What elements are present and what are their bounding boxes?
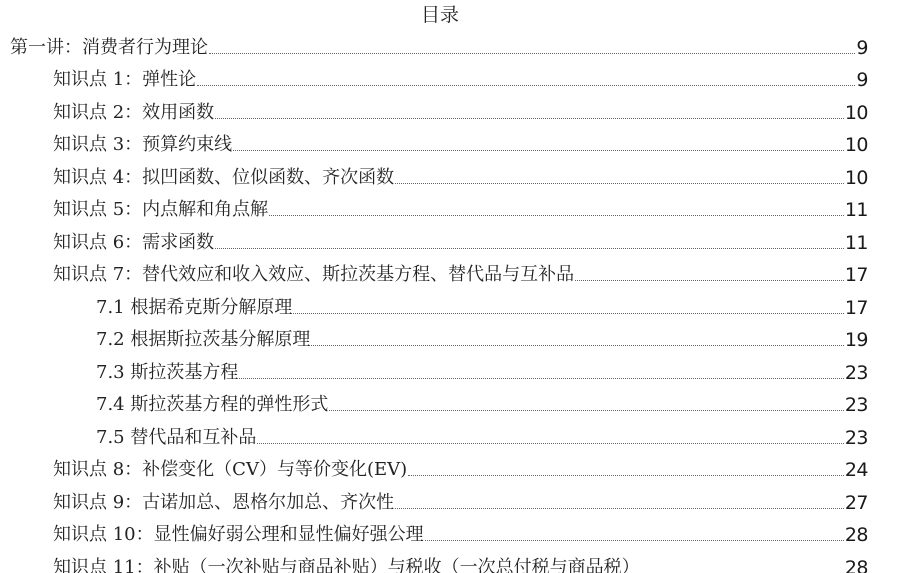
- dot-leader: [209, 53, 855, 54]
- toc-entry[interactable]: 知识点 11：补贴（一次补贴与商品补贴）与税收（一次总付税与商品税） 28: [53, 550, 868, 573]
- toc-entry-label: 7.3 斯拉茨基方程: [96, 361, 238, 385]
- toc-entry-label: 7.4 斯拉茨基方程的弹性形式: [96, 393, 328, 417]
- toc-entry-label: 知识点 8：补偿变化（CV）与等价变化(EV): [53, 458, 407, 482]
- toc-entry-page: 10: [845, 101, 868, 125]
- toc-entry-label: 知识点 1：弹性论: [53, 68, 196, 92]
- toc-entry[interactable]: 知识点 8：补偿变化（CV）与等价变化(EV) 24: [53, 452, 868, 482]
- toc-entry-label: 知识点 6：需求函数: [53, 231, 214, 255]
- toc-subentry[interactable]: 7.4 斯拉茨基方程的弹性形式 23: [96, 387, 868, 417]
- toc-entry[interactable]: 知识点 4：拟凹函数、位似函数、齐次函数 10: [53, 160, 868, 190]
- toc-entry[interactable]: 知识点 9：古诺加总、恩格尔加总、齐次性 27: [53, 485, 868, 515]
- toc-subentry[interactable]: 7.1 根据希克斯分解原理 17: [96, 290, 868, 320]
- dot-leader: [425, 540, 844, 541]
- toc-entry[interactable]: 知识点 7：替代效应和收入效应、斯拉茨基方程、替代品与互补品 17: [53, 257, 868, 287]
- toc-entry-page: 23: [845, 393, 868, 417]
- toc-entry-label: 7.5 替代品和互补品: [96, 426, 256, 450]
- toc-subentry[interactable]: 7.5 替代品和互补品 23: [96, 420, 868, 450]
- toc-entry-page: 24: [845, 458, 868, 482]
- toc-entry-label: 知识点 2：效用函数: [53, 101, 214, 125]
- toc-entry-label: 7.2 根据斯拉茨基分解原理: [96, 328, 310, 352]
- toc-entry-label: 知识点 3：预算约束线: [53, 133, 232, 157]
- toc-entry[interactable]: 知识点 1：弹性论 9: [53, 62, 868, 92]
- toc-entry-page: 28: [845, 523, 868, 547]
- toc-entry-page: 9: [856, 36, 868, 60]
- toc-entry-label: 7.1 根据希克斯分解原理: [96, 296, 292, 320]
- dot-leader: [233, 150, 844, 151]
- toc-entry-page: 23: [845, 361, 868, 385]
- toc-entry-label: 知识点 10：显性偏好弱公理和显性偏好强公理: [53, 523, 424, 547]
- toc-title: 目录: [0, 2, 880, 28]
- toc-entry[interactable]: 知识点 3：预算约束线 10: [53, 127, 868, 157]
- toc-entry-page: 28: [845, 556, 868, 573]
- dot-leader: [408, 475, 844, 476]
- dot-leader: [395, 183, 844, 184]
- toc-entry[interactable]: 知识点 6：需求函数 11: [53, 225, 868, 255]
- toc-entry-label: 知识点 5：内点解和角点解: [53, 198, 268, 222]
- toc-entry-page: 23: [845, 426, 868, 450]
- toc-entry-page: 9: [856, 68, 868, 92]
- dot-leader: [269, 215, 844, 216]
- dot-leader: [293, 313, 843, 314]
- toc-entry-page: 11: [845, 198, 868, 222]
- toc-entry-label: 知识点 9：古诺加总、恩格尔加总、齐次性: [53, 491, 394, 515]
- toc-subentry[interactable]: 7.3 斯拉茨基方程 23: [96, 355, 868, 385]
- toc-entry-label: 第一讲：消费者行为理论: [10, 36, 208, 60]
- toc-subentry[interactable]: 7.2 根据斯拉茨基分解原理 19: [96, 322, 868, 352]
- toc-entry-page: 17: [845, 263, 868, 287]
- toc-entry-page: 11: [845, 231, 868, 255]
- dot-leader: [197, 85, 855, 86]
- dot-leader: [215, 248, 844, 249]
- dot-leader: [215, 118, 844, 119]
- toc-entry-chapter-1[interactable]: 第一讲：消费者行为理论 9: [10, 30, 868, 60]
- toc-entry[interactable]: 知识点 5：内点解和角点解 11: [53, 192, 868, 222]
- toc-entry-page: 10: [845, 166, 868, 190]
- toc-entry[interactable]: 知识点 2：效用函数 10: [53, 95, 868, 125]
- dot-leader: [329, 410, 843, 411]
- toc-entry-label: 知识点 11：补贴（一次补贴与商品补贴）与税收（一次总付税与商品税）: [53, 556, 640, 573]
- toc-entry-page: 27: [845, 491, 868, 515]
- toc-entry-label: 知识点 7：替代效应和收入效应、斯拉茨基方程、替代品与互补品: [53, 263, 574, 287]
- dot-leader: [257, 443, 843, 444]
- dot-leader: [395, 508, 844, 509]
- toc-entry-page: 19: [845, 328, 868, 352]
- dot-leader: [239, 378, 843, 379]
- dot-leader: [311, 345, 843, 346]
- toc-entry[interactable]: 知识点 10：显性偏好弱公理和显性偏好强公理 28: [53, 517, 868, 547]
- toc-entry-label: 知识点 4：拟凹函数、位似函数、齐次函数: [53, 166, 394, 190]
- toc-entry-page: 17: [845, 296, 868, 320]
- dot-leader: [575, 280, 844, 281]
- toc-entry-page: 10: [845, 133, 868, 157]
